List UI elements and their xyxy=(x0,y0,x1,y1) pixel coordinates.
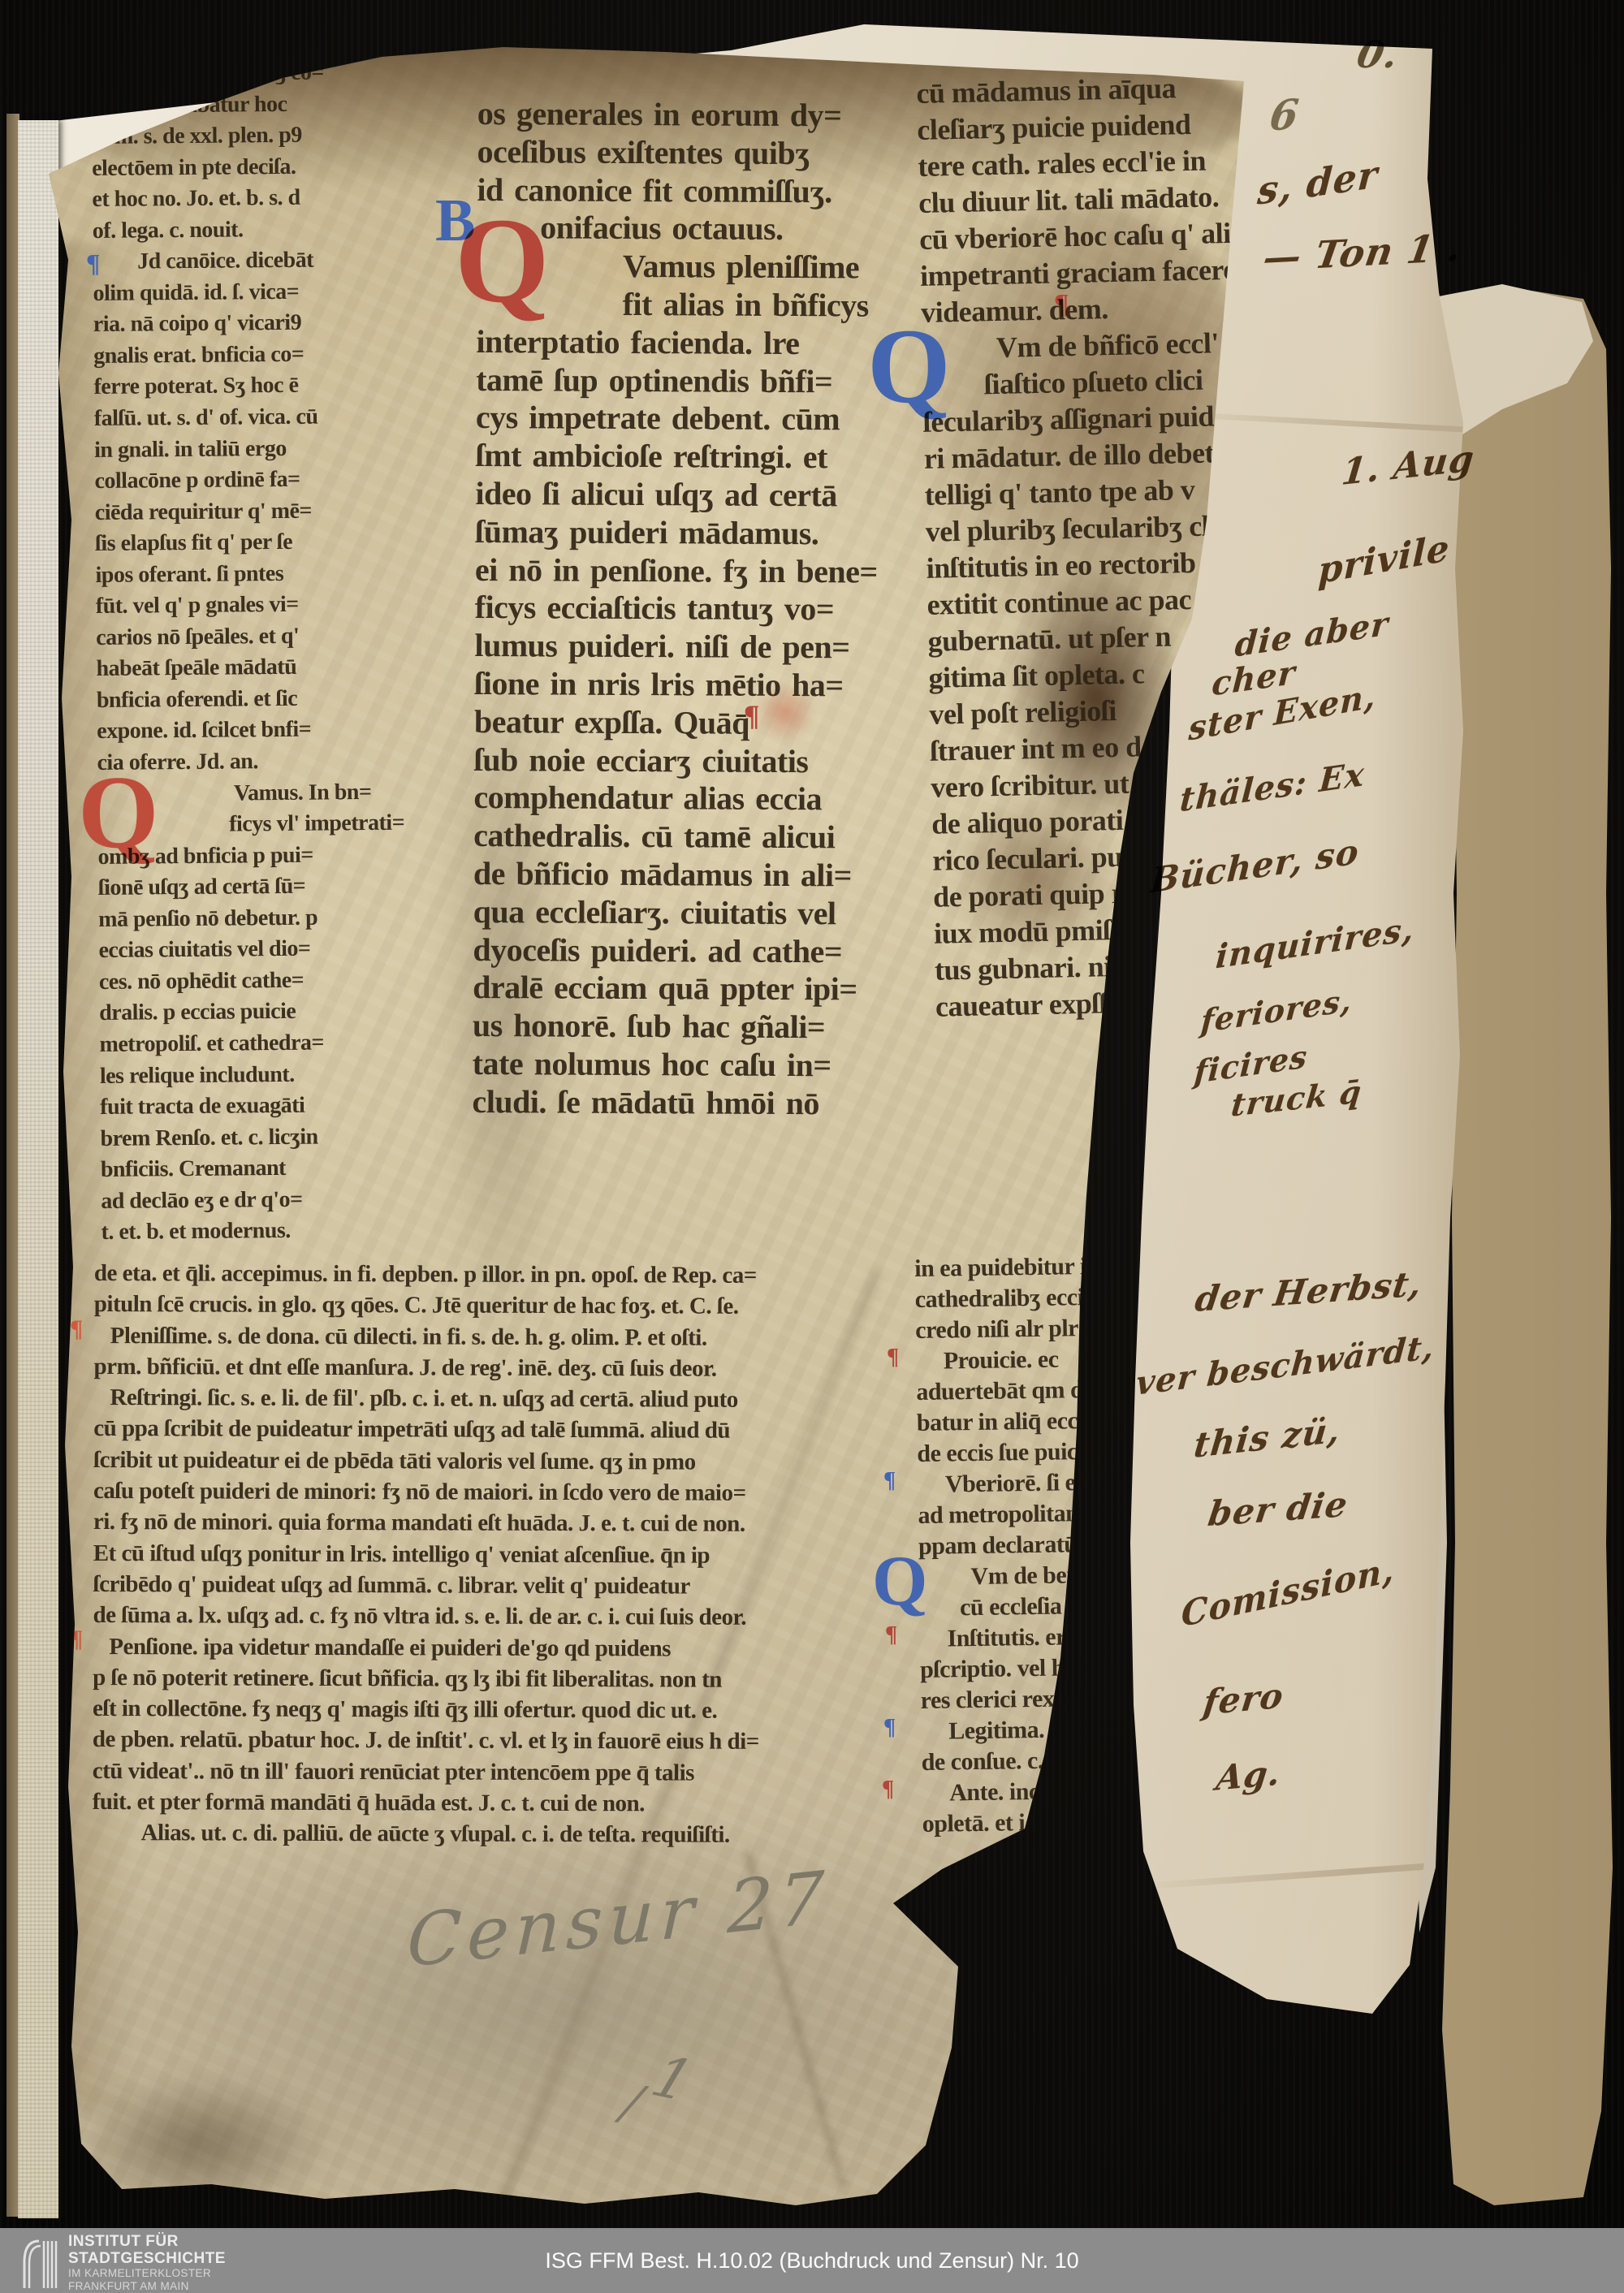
marginal-note: ver beschwärdt, xyxy=(1134,1328,1436,1403)
marginal-note: 0. xyxy=(1353,32,1403,76)
marginal-note: inquirires, xyxy=(1215,909,1416,976)
image-caption: ISG FFM Best. H.10.02 (Buchdruck und Zen… xyxy=(0,2228,1624,2293)
marginal-note: ber die xyxy=(1206,1484,1350,1535)
marginal-note: this zü, xyxy=(1192,1410,1342,1466)
marginal-note: feriores, xyxy=(1199,981,1354,1039)
marginal-note: Comission, xyxy=(1181,1549,1394,1635)
marginal-note: die aber xyxy=(1233,604,1389,665)
marginal-note: thäles: Ex xyxy=(1178,755,1366,820)
marginal-note: Bücher, so xyxy=(1150,831,1361,901)
manuscript-photo: licet in hoc caſu poſſʒ cō=cedi. et pbab… xyxy=(0,0,1624,2293)
marginal-note: der Herbst, xyxy=(1193,1263,1425,1319)
marginal-note: privile xyxy=(1317,527,1450,593)
ink-marginalia-layer: 0.6s, der— Ton 1 .1. Augpriviledie aberc… xyxy=(0,0,1624,2228)
marginal-note: fero xyxy=(1201,1675,1286,1722)
marginal-note: s, der xyxy=(1256,152,1380,214)
footer-bar: INSTITUT FÜR STADTGESCHICHTE IM KARMELIT… xyxy=(0,2228,1624,2293)
marginal-note: Ag. xyxy=(1214,1752,1283,1799)
marginal-note: 1. Aug xyxy=(1340,438,1477,494)
marginal-note: — Ton 1 . xyxy=(1260,225,1465,279)
marginal-note: 6 xyxy=(1267,89,1302,140)
